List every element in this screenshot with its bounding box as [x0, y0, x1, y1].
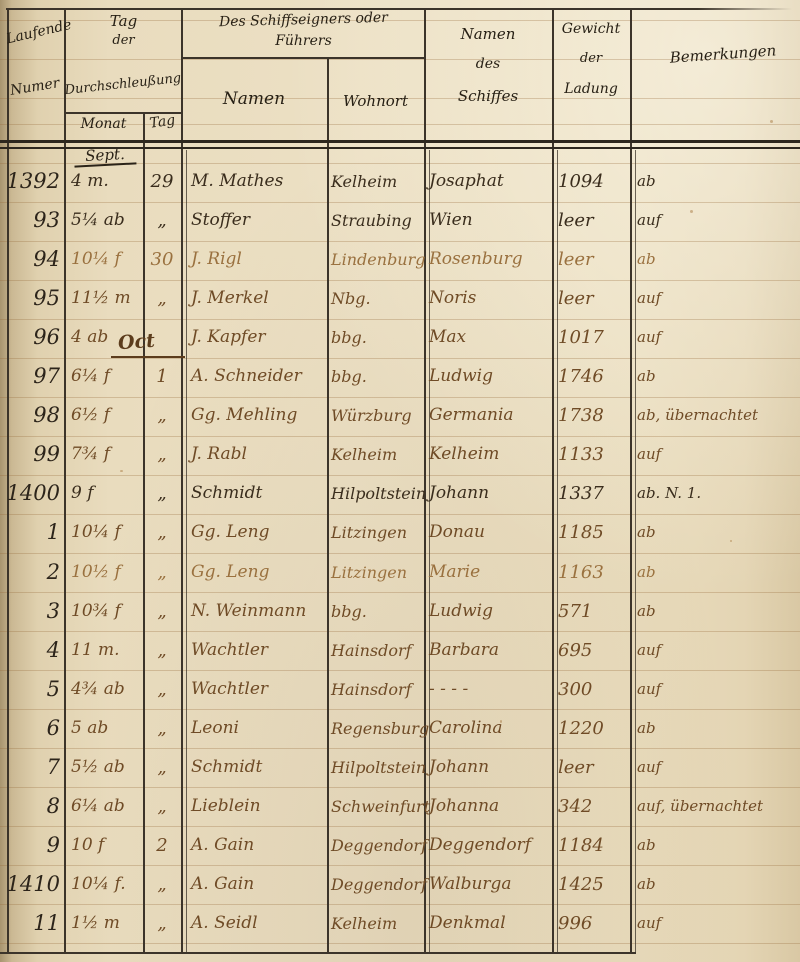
- ship-name: Max: [429, 318, 550, 357]
- table-row: 1 10¼ f „ Gg. Leng Litzingen Donau 1185 …: [0, 513, 800, 552]
- serial-number: 99: [2, 435, 60, 474]
- remarks-entry: auf: [637, 279, 797, 318]
- owner-name: Lieblein: [191, 787, 323, 826]
- serial-number: 94: [2, 240, 60, 279]
- cargo-weight: 1425: [558, 865, 628, 904]
- remarks-entry: ab: [637, 513, 797, 552]
- owner-name: J. Merkel: [191, 279, 323, 318]
- ship-name: Rosenburg: [429, 240, 550, 279]
- remarks-entry: ab: [637, 162, 797, 201]
- remarks-entry: auf: [637, 904, 797, 943]
- cargo-weight: 1184: [558, 826, 628, 865]
- cargo-weight: 300: [558, 670, 628, 709]
- header-passage-line3: Durchschleußung: [58, 71, 189, 99]
- day-entry: „: [144, 787, 180, 826]
- header-serial-line2: Numer: [5, 76, 65, 100]
- time-entry: 5 ab: [71, 709, 141, 748]
- table-row: 3 10¾ f „ N. Weinmann bbg. Ludwig 571 ab: [0, 592, 800, 631]
- serial-number: 95: [2, 279, 60, 318]
- cargo-weight: 571: [558, 592, 628, 631]
- owner-name: M. Mathes: [191, 162, 323, 201]
- table-row: 2 10½ f „ Gg. Leng Litzingen Marie 1163 …: [0, 553, 800, 592]
- header-owner-residence: Wohnort: [327, 93, 424, 110]
- header-remarks: Bemerkungen: [648, 41, 799, 68]
- ship-name: - - - -: [429, 670, 550, 709]
- serial-number: 97: [2, 357, 60, 396]
- serial-number: 7: [2, 748, 60, 787]
- owner-name: Leoni: [191, 709, 323, 748]
- cargo-weight: 996: [558, 904, 628, 943]
- table-row: 9 10 f 2 A. Gain Deggendorf Deggendorf 1…: [0, 826, 800, 865]
- time-entry: 10¼ f: [71, 513, 141, 552]
- cargo-weight: leer: [558, 748, 628, 787]
- cargo-weight: 1017: [558, 318, 628, 357]
- cargo-weight: 1746: [558, 357, 628, 396]
- table-row: 4 11 m. „ Wachtler Hainsdorf Barbara 695…: [0, 631, 800, 670]
- time-entry: 10¼ f.: [71, 865, 141, 904]
- owner-name: N. Weinmann: [191, 592, 323, 631]
- table-row: 97 6¼ f 1 A. Schneider bbg. Ludwig 1746 …: [0, 357, 800, 396]
- day-entry: „: [144, 709, 180, 748]
- remarks-entry: ab. N. 1.: [637, 474, 797, 513]
- owner-residence: Deggendorf: [331, 865, 423, 904]
- remarks-entry: ab: [637, 826, 797, 865]
- cargo-weight: 1163: [558, 553, 628, 592]
- time-entry: 6½ f: [71, 396, 141, 435]
- remarks-entry: ab: [637, 357, 797, 396]
- cargo-weight: 1220: [558, 709, 628, 748]
- ship-name: Ludwig: [429, 592, 550, 631]
- ship-name: Johann: [429, 474, 550, 513]
- remarks-entry: auf: [637, 201, 797, 240]
- day-entry: 1: [144, 357, 180, 396]
- ship-name: Donau: [429, 513, 550, 552]
- serial-number: 3: [2, 592, 60, 631]
- owner-residence: Litzingen: [331, 553, 423, 592]
- cargo-weight: 695: [558, 631, 628, 670]
- day-entry: „: [144, 670, 180, 709]
- owner-residence: Hilpoltstein: [331, 748, 423, 787]
- table-row: 8 6¼ ab „ Lieblein Schweinfurt Johanna 3…: [0, 787, 800, 826]
- owner-name: A. Seidl: [191, 904, 323, 943]
- table-row: 93 5¼ ab „ Stoffer Straubing Wien leer a…: [0, 201, 800, 240]
- owner-name: Gg. Leng: [191, 553, 323, 592]
- ship-name: Denkmal: [429, 904, 550, 943]
- owner-name: Gg. Leng: [191, 513, 323, 552]
- remarks-entry: auf: [637, 318, 797, 357]
- remarks-entry: ab: [637, 553, 797, 592]
- table-row: 94 10¼ f 30 J. Rigl Lindenburg Rosenburg…: [0, 240, 800, 279]
- ship-name: Noris: [429, 279, 550, 318]
- table-hline-bottom: [0, 952, 636, 954]
- owner-residence: Lindenburg: [331, 240, 423, 279]
- remarks-entry: auf: [637, 435, 797, 474]
- day-entry: „: [144, 396, 180, 435]
- serial-number: 1410: [2, 865, 60, 904]
- day-entry: 30: [144, 240, 180, 279]
- time-entry: 9 f: [71, 474, 141, 513]
- header-month-label: Monat: [64, 117, 143, 132]
- serial-number: 1392: [2, 162, 60, 201]
- time-entry: 1½ m: [71, 904, 141, 943]
- time-entry: 10½ f: [71, 553, 141, 592]
- owner-residence: Hainsdorf: [331, 670, 423, 709]
- ledger-page: Laufende Numer Tag der Durchschleußung M…: [0, 0, 800, 962]
- day-entry: „: [144, 279, 180, 318]
- cargo-weight: 342: [558, 787, 628, 826]
- owner-name: Wachtler: [191, 670, 323, 709]
- time-entry: 5½ ab: [71, 748, 141, 787]
- time-entry: 11½ m: [71, 279, 141, 318]
- day-entry: „: [144, 904, 180, 943]
- header-ship-line1: Namen: [424, 26, 552, 43]
- day-entry: „: [144, 592, 180, 631]
- remarks-entry: auf: [637, 631, 797, 670]
- day-entry: 2: [144, 826, 180, 865]
- ship-name: Marie: [429, 553, 550, 592]
- day-entry: „: [144, 201, 180, 240]
- cargo-weight: 1094: [558, 162, 628, 201]
- owner-residence: bbg.: [331, 357, 423, 396]
- owner-residence: Kelheim: [331, 435, 423, 474]
- owner-residence: bbg.: [331, 592, 423, 631]
- time-entry: 7¾ f: [71, 435, 141, 474]
- remarks-entry: auf: [637, 748, 797, 787]
- owner-name: A. Gain: [191, 865, 323, 904]
- owner-name: A. Gain: [191, 826, 323, 865]
- cargo-weight: 1185: [558, 513, 628, 552]
- time-entry: 4 ab: [71, 318, 141, 357]
- header-weight-line3: Ladung: [552, 82, 630, 97]
- owner-residence: Straubing: [331, 201, 423, 240]
- owner-residence: Deggendorf: [331, 826, 423, 865]
- cargo-weight: 1337: [558, 474, 628, 513]
- ship-name: Josaphat: [429, 162, 550, 201]
- time-entry: 10 f: [71, 826, 141, 865]
- header-serial-line1: Laufende: [5, 20, 65, 48]
- remarks-entry: ab: [637, 865, 797, 904]
- day-entry: „: [144, 474, 180, 513]
- time-entry: 4¾ ab: [71, 670, 141, 709]
- remarks-entry: ab: [637, 592, 797, 631]
- day-entry: „: [144, 748, 180, 787]
- time-entry: 6¼ ab: [71, 787, 141, 826]
- cargo-weight: 1133: [558, 435, 628, 474]
- header-ship-line3: Schiffes: [424, 88, 552, 105]
- day-entry: „: [144, 513, 180, 552]
- table-row: 6 5 ab „ Leoni Regensburg Carolina 1220 …: [0, 709, 800, 748]
- remarks-entry: ab: [637, 709, 797, 748]
- serial-number: 96: [2, 318, 60, 357]
- ship-name: Germania: [429, 396, 550, 435]
- owner-name: Stoffer: [191, 201, 323, 240]
- ship-name: Johanna: [429, 787, 550, 826]
- ship-name: Deggendorf: [429, 826, 550, 865]
- header-weight-line1: Gewicht: [552, 22, 630, 37]
- serial-number: 1: [2, 513, 60, 552]
- paper-speck: [770, 120, 773, 123]
- table-row: 98 6½ f „ Gg. Mehling Würzburg Germania …: [0, 396, 800, 435]
- ship-name: Wien: [429, 201, 550, 240]
- serial-number: 11: [2, 904, 60, 943]
- table-row: 5 4¾ ab „ Wachtler Hainsdorf - - - - 300…: [0, 670, 800, 709]
- remarks-entry: ab, übernachtet: [637, 396, 797, 435]
- table-row: 7 5½ ab „ Schmidt Hilpoltstein Johann le…: [0, 748, 800, 787]
- owner-residence: Litzingen: [331, 513, 423, 552]
- serial-number: 8: [2, 787, 60, 826]
- header-ship-line2: des: [424, 57, 552, 72]
- ship-name: Johann: [429, 748, 550, 787]
- owner-residence: Nbg.: [331, 279, 423, 318]
- owner-name: J. Kapfer: [191, 318, 323, 357]
- table-row: 1400 9 f „ Schmidt Hilpoltstein Johann 1…: [0, 474, 800, 513]
- header-passage-line2: der: [64, 34, 183, 48]
- cargo-weight: leer: [558, 240, 628, 279]
- table-row: 99 7¾ f „ J. Rabl Kelheim Kelheim 1133 a…: [0, 435, 800, 474]
- time-entry: 4 m.: [71, 162, 141, 201]
- day-entry: „: [144, 553, 180, 592]
- header-weight-line2: der: [552, 52, 630, 66]
- time-entry: 10¼ f: [71, 240, 141, 279]
- owner-residence: Hainsdorf: [331, 631, 423, 670]
- serial-number: 93: [2, 201, 60, 240]
- owner-name: Gg. Mehling: [191, 396, 323, 435]
- ship-name: Kelheim: [429, 435, 550, 474]
- table-row: 96 4 ab J. Kapfer bbg. Max 1017 auf: [0, 318, 800, 357]
- owner-name: J. Rabl: [191, 435, 323, 474]
- ship-name: Walburga: [429, 865, 550, 904]
- header-owner-name: Namen: [181, 90, 327, 109]
- day-entry: „: [144, 435, 180, 474]
- time-entry: 10¾ f: [71, 592, 141, 631]
- time-entry: 5¼ ab: [71, 201, 141, 240]
- header-owner-group-line2: Führers: [181, 34, 426, 49]
- cargo-weight: leer: [558, 201, 628, 240]
- table-row: 95 11½ m „ J. Merkel Nbg. Noris leer auf: [0, 279, 800, 318]
- remarks-entry: ab: [637, 240, 797, 279]
- serial-number: 9: [2, 826, 60, 865]
- ship-name: Barbara: [429, 631, 550, 670]
- cargo-weight: 1738: [558, 396, 628, 435]
- table-row: 1392 4 m. 29 M. Mathes Kelheim Josaphat …: [0, 162, 800, 201]
- serial-number: 5: [2, 670, 60, 709]
- serial-number: 4: [2, 631, 60, 670]
- time-entry: 11 m.: [71, 631, 141, 670]
- owner-name: Schmidt: [191, 748, 323, 787]
- owner-residence: Kelheim: [331, 904, 423, 943]
- day-entry: „: [144, 631, 180, 670]
- owner-name: A. Schneider: [191, 357, 323, 396]
- day-entry: 29: [144, 162, 180, 201]
- header-day-label: Tag: [142, 112, 183, 133]
- serial-number: 98: [2, 396, 60, 435]
- owner-name: J. Rigl: [191, 240, 323, 279]
- serial-number: 2: [2, 553, 60, 592]
- table-hline-header-double-1: [0, 140, 800, 143]
- owner-residence: Hilpoltstein: [331, 474, 423, 513]
- cargo-weight: leer: [558, 279, 628, 318]
- table-row: 1410 10¼ f. „ A. Gain Deggendorf Walburg…: [0, 865, 800, 904]
- owner-name: Wachtler: [191, 631, 323, 670]
- serial-number: 6: [2, 709, 60, 748]
- ship-name: Carolina: [429, 709, 550, 748]
- owner-residence: Kelheim: [331, 162, 423, 201]
- owner-residence: Würzburg: [331, 396, 423, 435]
- header-owner-group-line1: Des Schiffseigners oder: [181, 10, 426, 32]
- table-row: 11 1½ m „ A. Seidl Kelheim Denkmal 996 a…: [0, 904, 800, 943]
- header-passage-line1: Tag: [64, 13, 183, 30]
- time-entry: 6¼ f: [71, 357, 141, 396]
- serial-number: 1400: [2, 474, 60, 513]
- day-entry: „: [144, 865, 180, 904]
- remarks-entry: auf: [637, 670, 797, 709]
- owner-residence: Regensburg: [331, 709, 423, 748]
- ship-name: Ludwig: [429, 357, 550, 396]
- owner-name: Schmidt: [191, 474, 323, 513]
- owner-residence: Schweinfurt: [331, 787, 423, 826]
- remarks-entry: auf, übernachtet: [637, 787, 797, 826]
- table-hline-owner-split: [181, 57, 426, 59]
- owner-residence: bbg.: [331, 318, 423, 357]
